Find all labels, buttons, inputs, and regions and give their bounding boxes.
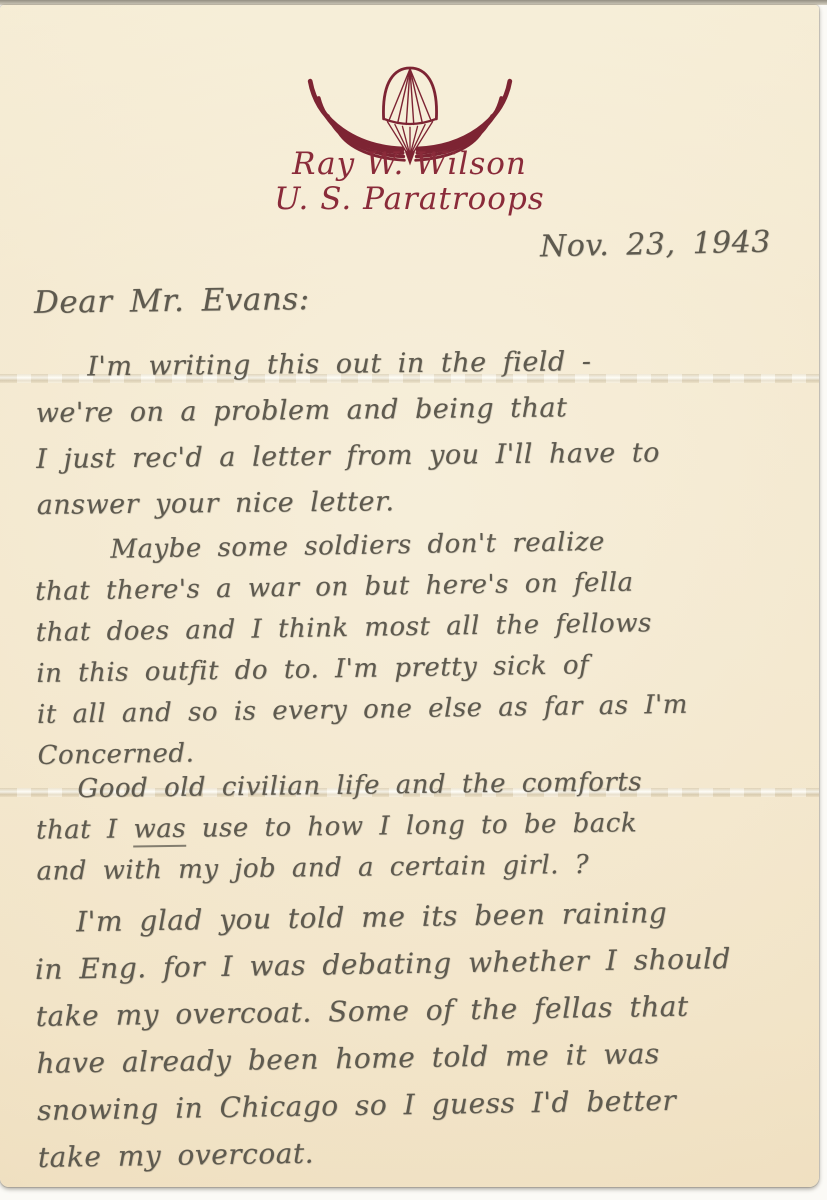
letter-date: Nov. 23, 1943 xyxy=(540,225,772,265)
salutation: Dear Mr. Evans: xyxy=(34,281,310,321)
letterhead-branch: U. S. Paratroops xyxy=(0,182,819,217)
paragraph-3: Good old civilian life and the comforts … xyxy=(35,760,796,892)
paragraph-4: I'm glad you told me its been raining in… xyxy=(34,887,798,1181)
letter-paper: Ray W. Wilson U. S. Paratroops Nov. 23, … xyxy=(0,5,819,1187)
handwritten-line: I'm writing this out in the field - xyxy=(35,337,795,391)
scanned-letter: Ray W. Wilson U. S. Paratroops Nov. 23, … xyxy=(0,0,827,1200)
paragraph-1: I'm writing this out in the field - we'r… xyxy=(35,337,797,529)
line-segment: use to how I long to be back xyxy=(186,808,637,844)
handwritten-line: and with my job and a certain girl. ? xyxy=(36,842,796,892)
handwritten-line: we're on a problem and being that xyxy=(36,383,796,437)
underlined-word: was xyxy=(133,814,186,848)
letterhead: Ray W. Wilson U. S. Paratroops xyxy=(0,63,819,217)
line-segment: that I xyxy=(36,814,134,845)
letterhead-name: Ray W. Wilson xyxy=(0,147,819,182)
handwritten-line: I just rec'd a letter from you I'll have… xyxy=(36,429,796,483)
paragraph-2: Maybe some soldiers don't realize that t… xyxy=(34,519,798,777)
